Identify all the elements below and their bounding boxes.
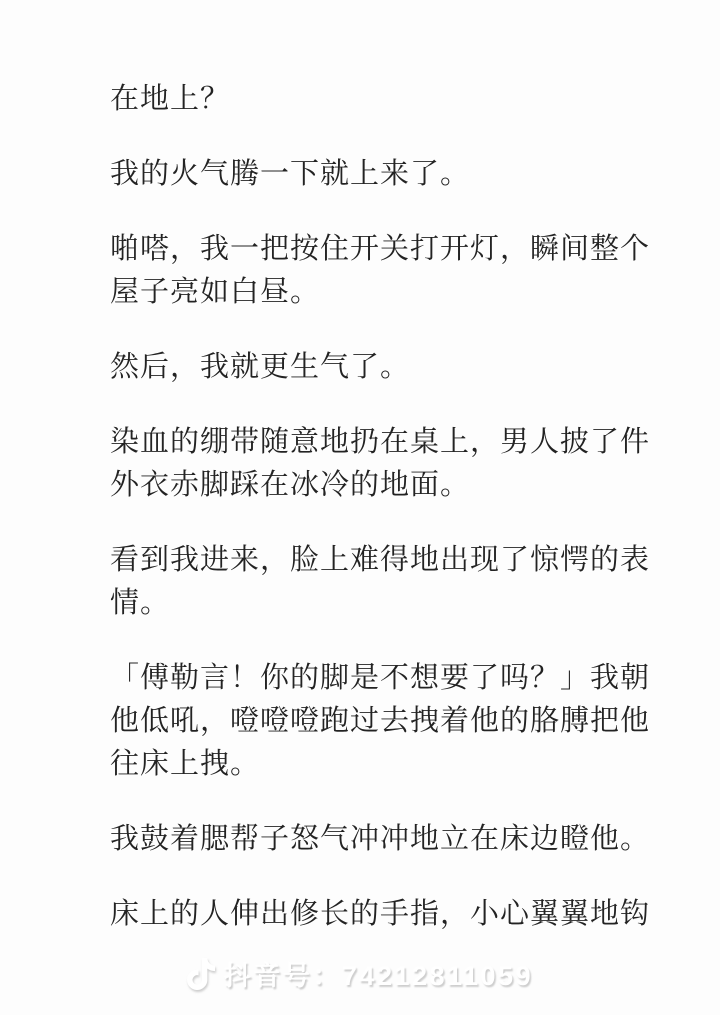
paragraph: 看到我进来，脸上难得地出现了惊愕的表情。: [110, 539, 650, 625]
paragraph: 啪嗒，我一把按住开关打开灯，瞬间整个屋子亮如白昼。: [110, 228, 650, 314]
paragraph: 「傅勒言！你的脚是不想要了吗？」我朝他低吼，噔噔噔跑过去拽着他的胳膊把他往床上拽…: [110, 657, 650, 786]
paragraph: 床上的人伸出修长的手指，小心翼翼地钩: [110, 893, 650, 936]
paragraph: 染血的绷带随意地扔在桌上，男人披了件外衣赤脚踩在冰冷的地面。: [110, 421, 650, 507]
paragraph: 我鼓着腮帮子怒气冲冲地立在床边瞪他。: [110, 818, 650, 861]
paragraph: 然后，我就更生气了。: [110, 346, 650, 389]
story-text: 在地上？ 我的火气腾一下就上来了。 啪嗒，我一把按住开关打开灯，瞬间整个屋子亮如…: [110, 78, 650, 968]
paragraph: 我的火气腾一下就上来了。: [110, 153, 650, 196]
paragraph: 在地上？: [110, 78, 650, 121]
